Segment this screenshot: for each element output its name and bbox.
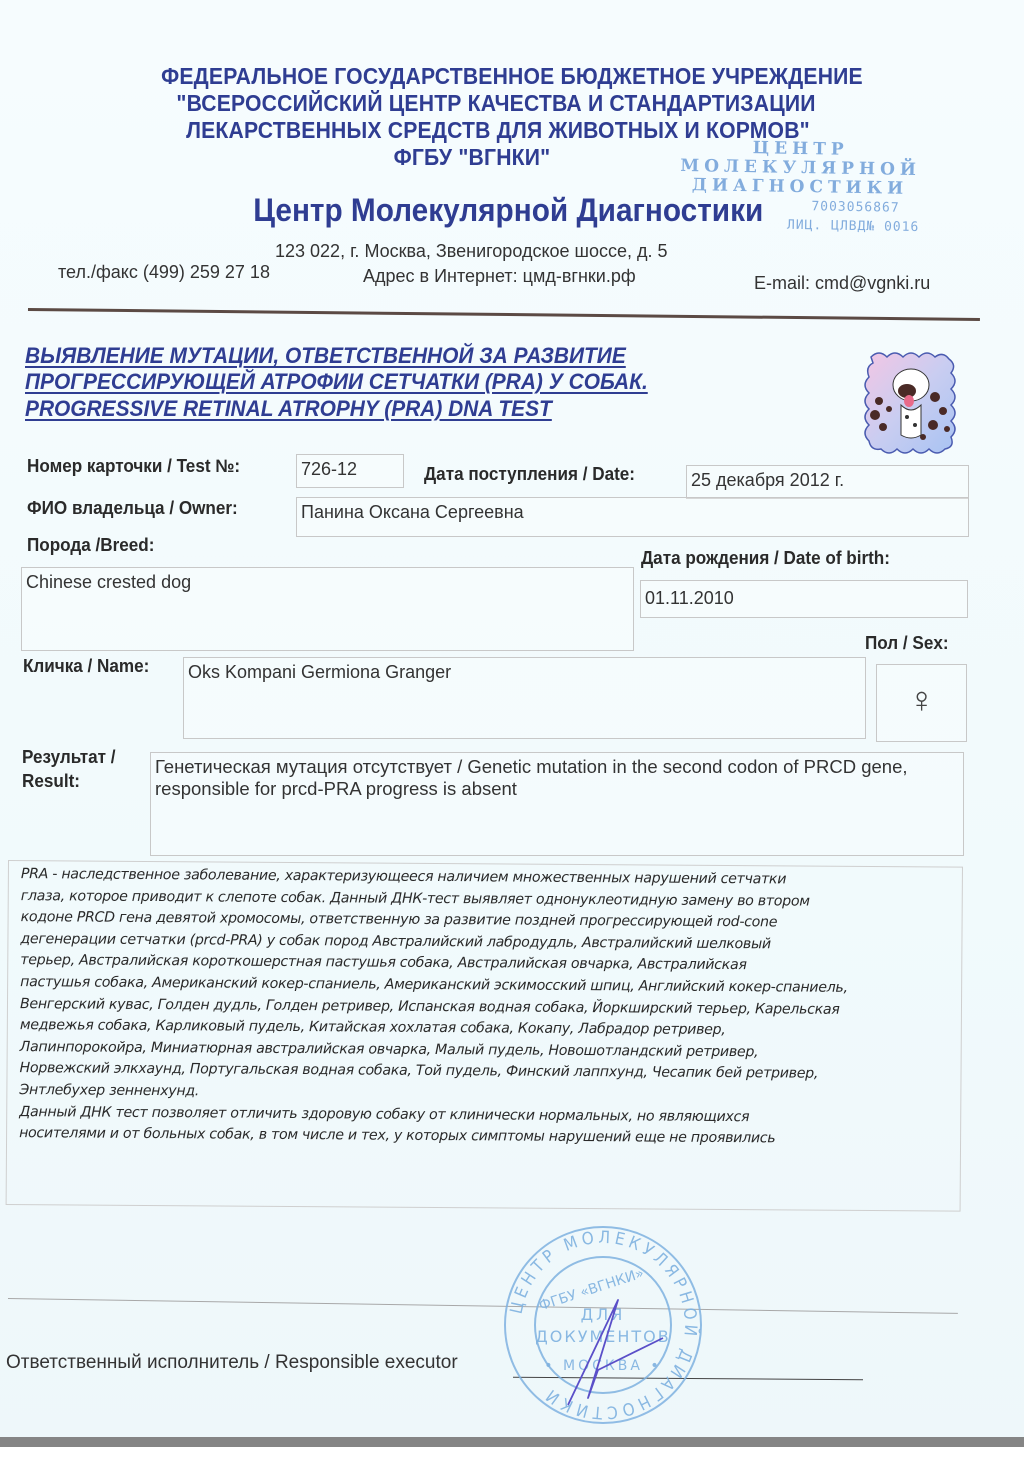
test-no-field: 726-12 — [296, 454, 404, 488]
address: 123 022, г. Москва, Звенигородское шоссе… — [275, 241, 668, 262]
name-field: Oks Kompani Germiona Granger — [183, 657, 866, 739]
test-no-label: Номер карточки / Test №: — [27, 456, 240, 477]
breed-field: Chinese crested dog — [21, 567, 634, 651]
scan-margin — [0, 1447, 1024, 1466]
result-label-en: Result: — [22, 771, 80, 792]
svg-text:• МОСКВА •: • МОСКВА • — [544, 1358, 661, 1374]
phone-fax: тел./факс (499) 259 27 18 — [58, 262, 270, 283]
scan-edge-bar — [0, 1437, 1024, 1447]
dalmatian-dog-logo-icon — [853, 345, 969, 457]
test-title-line-1: ВЫЯВЛЕНИЕ МУТАЦИИ, ОТВЕТСТВЕННОЙ ЗА РАЗВ… — [25, 343, 626, 369]
executor-label: Ответственный исполнитель / Responsible … — [6, 1352, 458, 1374]
test-title-line-2: ПРОГРЕССИРУЮЩЕЙ АТРОФИИ СЕТЧАТКИ (PRA) У… — [25, 369, 648, 395]
sex-label: Пол / Sex: — [865, 633, 949, 654]
owner-label: ФИО владельца / Owner: — [27, 498, 238, 519]
birth-label: Дата рождения / Date of birth: — [641, 548, 890, 569]
birth-field: 01.11.2010 — [640, 580, 968, 618]
date-label: Дата поступления / Date: — [424, 464, 635, 485]
footer-divider — [8, 1298, 958, 1314]
official-round-stamp-icon: ЦЕНТР МОЛЕКУЛЯРНОЙ ДИАГНОСТИКИ ФГБУ «ВГН… — [498, 1220, 708, 1430]
owner-field: Панина Оксана Сергеевна — [296, 497, 969, 537]
header-divider — [28, 308, 980, 321]
document-page: ФЕДЕРАЛЬНОЕ ГОСУДАРСТВЕННОЕ БЮДЖЕТНОЕ УЧ… — [0, 0, 1024, 1466]
center-name: Центр Молекулярной Диагностики — [36, 192, 988, 229]
name-label: Кличка / Name: — [23, 656, 149, 677]
female-symbol-icon: ♀ — [876, 664, 967, 742]
org-name-line-2: "ВСЕРОССИЙСКИЙ ЦЕНТР КАЧЕСТВА И СТАНДАРТ… — [25, 90, 967, 117]
email: E-mail: cmd@vgnki.ru — [754, 273, 930, 294]
test-title-line-3: PROGRESSIVE RETINAL ATROPHY (PRA) DNA TE… — [25, 396, 552, 422]
result-field: Генетическая мутация отсутствует / Genet… — [150, 752, 964, 856]
breed-label: Порода /Breed: — [27, 535, 154, 556]
result-label-ru: Результат / — [22, 747, 115, 768]
website: Адрес в Интернет: цмд-вгнки.рф — [363, 266, 636, 287]
org-name-line-1: ФЕДЕРАЛЬНОЕ ГОСУДАРСТВЕННОЕ БЮДЖЕТНОЕ УЧ… — [41, 63, 983, 90]
svg-text:ДЛЯ: ДЛЯ — [581, 1305, 626, 1324]
date-field: 25 декабря 2012 г. — [686, 465, 969, 499]
pra-description: PRA - наследственное заболевание, характ… — [6, 860, 963, 1212]
center-name-text: Центр Молекулярной Диагностики — [253, 192, 763, 228]
